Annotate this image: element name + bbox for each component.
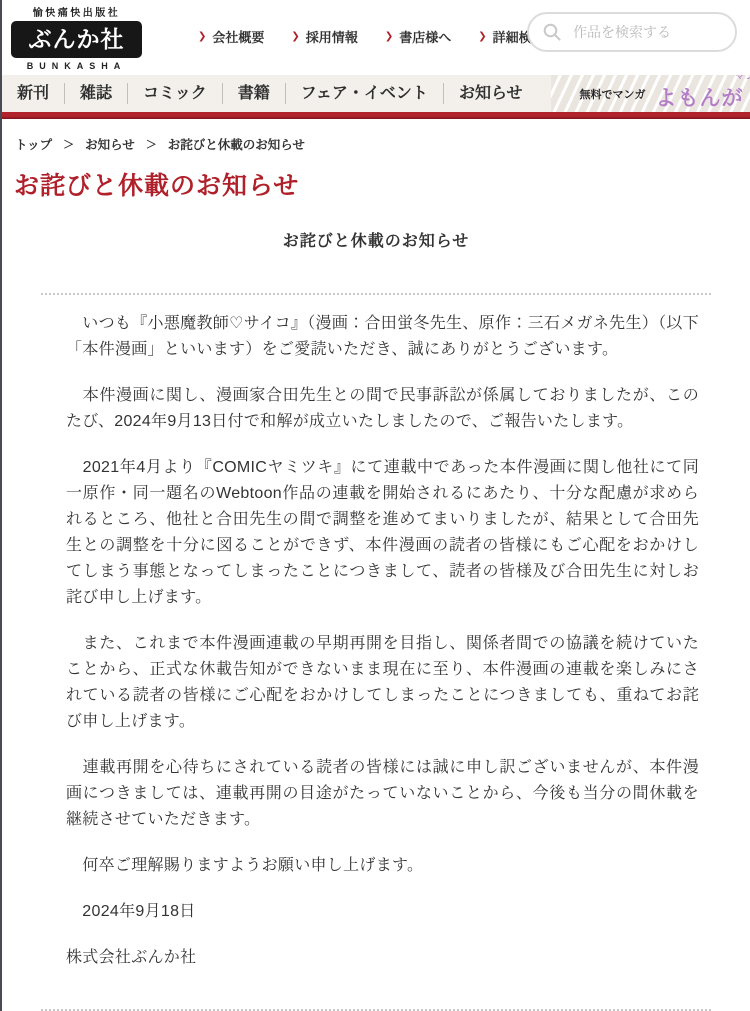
- main-nav: 新刊 雑誌 コミック 書籍 フェア・イベント お知らせ 無料でマンガ よもんが …: [2, 75, 750, 112]
- breadcrumb-separator: ＞: [146, 136, 157, 152]
- banner-prefix-label: 無料でマンガ: [579, 86, 645, 102]
- nav-item-magazines[interactable]: 雑誌: [64, 83, 127, 104]
- letter-paragraph: また、これまで本件漫画連載の早期再開を目指し、関係者間での協議を続けていたことか…: [66, 631, 699, 735]
- header-link-label: 会社概要: [212, 27, 264, 46]
- letter-date: 2024年9月18日: [66, 899, 699, 925]
- chevron-right-icon: ❯: [198, 32, 206, 42]
- letter-paragraph: いつも『小悪魔教師♡サイコ』（漫画：合田蛍冬先生、原作：三石メガネ先生）（以下「…: [66, 311, 699, 363]
- breadcrumb-top[interactable]: トップ: [15, 135, 52, 153]
- yomonga-banner[interactable]: 無料でマンガ よもんが マンガ: [551, 75, 750, 112]
- nav-item-fair-events[interactable]: フェア・イベント: [285, 83, 443, 104]
- yomonga-logo: よもんが: [655, 75, 743, 112]
- site-header: 愉快痛快出版社 ぶんか社 BUNKASHA ❯ 会社概要 ❯ 採用情報 ❯ 書店…: [2, 0, 750, 75]
- letter-paragraph: 何卒ご理解賜りますようお願い申し上げます。: [66, 853, 699, 879]
- header-link-bookstores[interactable]: ❯ 書店様へ: [385, 27, 451, 46]
- work-search-box[interactable]: [527, 12, 737, 52]
- nav-item-new-releases[interactable]: 新刊: [2, 83, 64, 104]
- nav-item-books[interactable]: 書籍: [222, 83, 285, 104]
- header-link-recruit[interactable]: ❯ 採用情報: [291, 27, 357, 46]
- bunkasha-announcement-page: { "colors": { "accent_red": "#b0202a", "…: [0, 0, 750, 1011]
- page-title: お詫びと休載のお知らせ: [14, 166, 750, 202]
- breadcrumb: トップ ＞ お知らせ ＞ お詫びと休載のお知らせ: [2, 119, 750, 153]
- breadcrumb-news[interactable]: お知らせ: [85, 135, 135, 153]
- header-link-label: 書店様へ: [399, 27, 451, 46]
- letter-title: お詫びと休載のお知らせ: [41, 228, 711, 251]
- nav-item-comics[interactable]: コミック: [127, 83, 222, 104]
- announcement-letter: お詫びと休載のお知らせ いつも『小悪魔教師♡サイコ』（漫画：合田蛍冬先生、原作：…: [41, 228, 711, 1011]
- letter-paragraph: 連載再開を心待ちにされている読者の皆様には誠に申し訳ございませんが、本件漫画につ…: [66, 755, 699, 833]
- letter-paragraph: 本件漫画に関し、漫画家合田先生との間で民事訴訟が係属しておりましたが、このたび、…: [66, 383, 699, 435]
- chevron-right-icon: ❯: [291, 32, 299, 42]
- chevron-right-icon: ❯: [478, 32, 486, 42]
- brand-logo-subtext: BUNKASHA: [11, 61, 142, 71]
- chevron-right-icon: ❯: [385, 32, 393, 42]
- letter-body: いつも『小悪魔教師♡サイコ』（漫画：合田蛍冬先生、原作：三石メガネ先生）（以下「…: [41, 293, 711, 1011]
- letter-paragraph: 2021年4月より『COMICヤミツキ』にて連載中であった本件漫画に関し他社にて…: [66, 455, 699, 611]
- breadcrumb-current: お詫びと休載のお知らせ: [168, 135, 305, 153]
- red-accent-bar: [2, 112, 750, 119]
- brand-logo-text: ぶんか社: [11, 21, 142, 58]
- brand-tagline: 愉快痛快出版社: [11, 4, 142, 19]
- breadcrumb-separator: ＞: [63, 136, 74, 152]
- letter-signature: 株式会社ぶんか社: [66, 945, 699, 971]
- header-link-company[interactable]: ❯ 会社概要: [198, 27, 264, 46]
- search-icon: [542, 22, 562, 42]
- bunkasha-logo[interactable]: 愉快痛快出版社 ぶんか社 BUNKASHA: [11, 4, 142, 71]
- header-links: ❯ 会社概要 ❯ 採用情報 ❯ 書店様へ ❯ 詳細検索: [198, 27, 545, 46]
- yomonga-ruby-label: マンガ: [735, 75, 750, 82]
- search-input[interactable]: [571, 23, 722, 41]
- header-link-label: 採用情報: [306, 27, 358, 46]
- nav-item-news[interactable]: お知らせ: [443, 83, 538, 104]
